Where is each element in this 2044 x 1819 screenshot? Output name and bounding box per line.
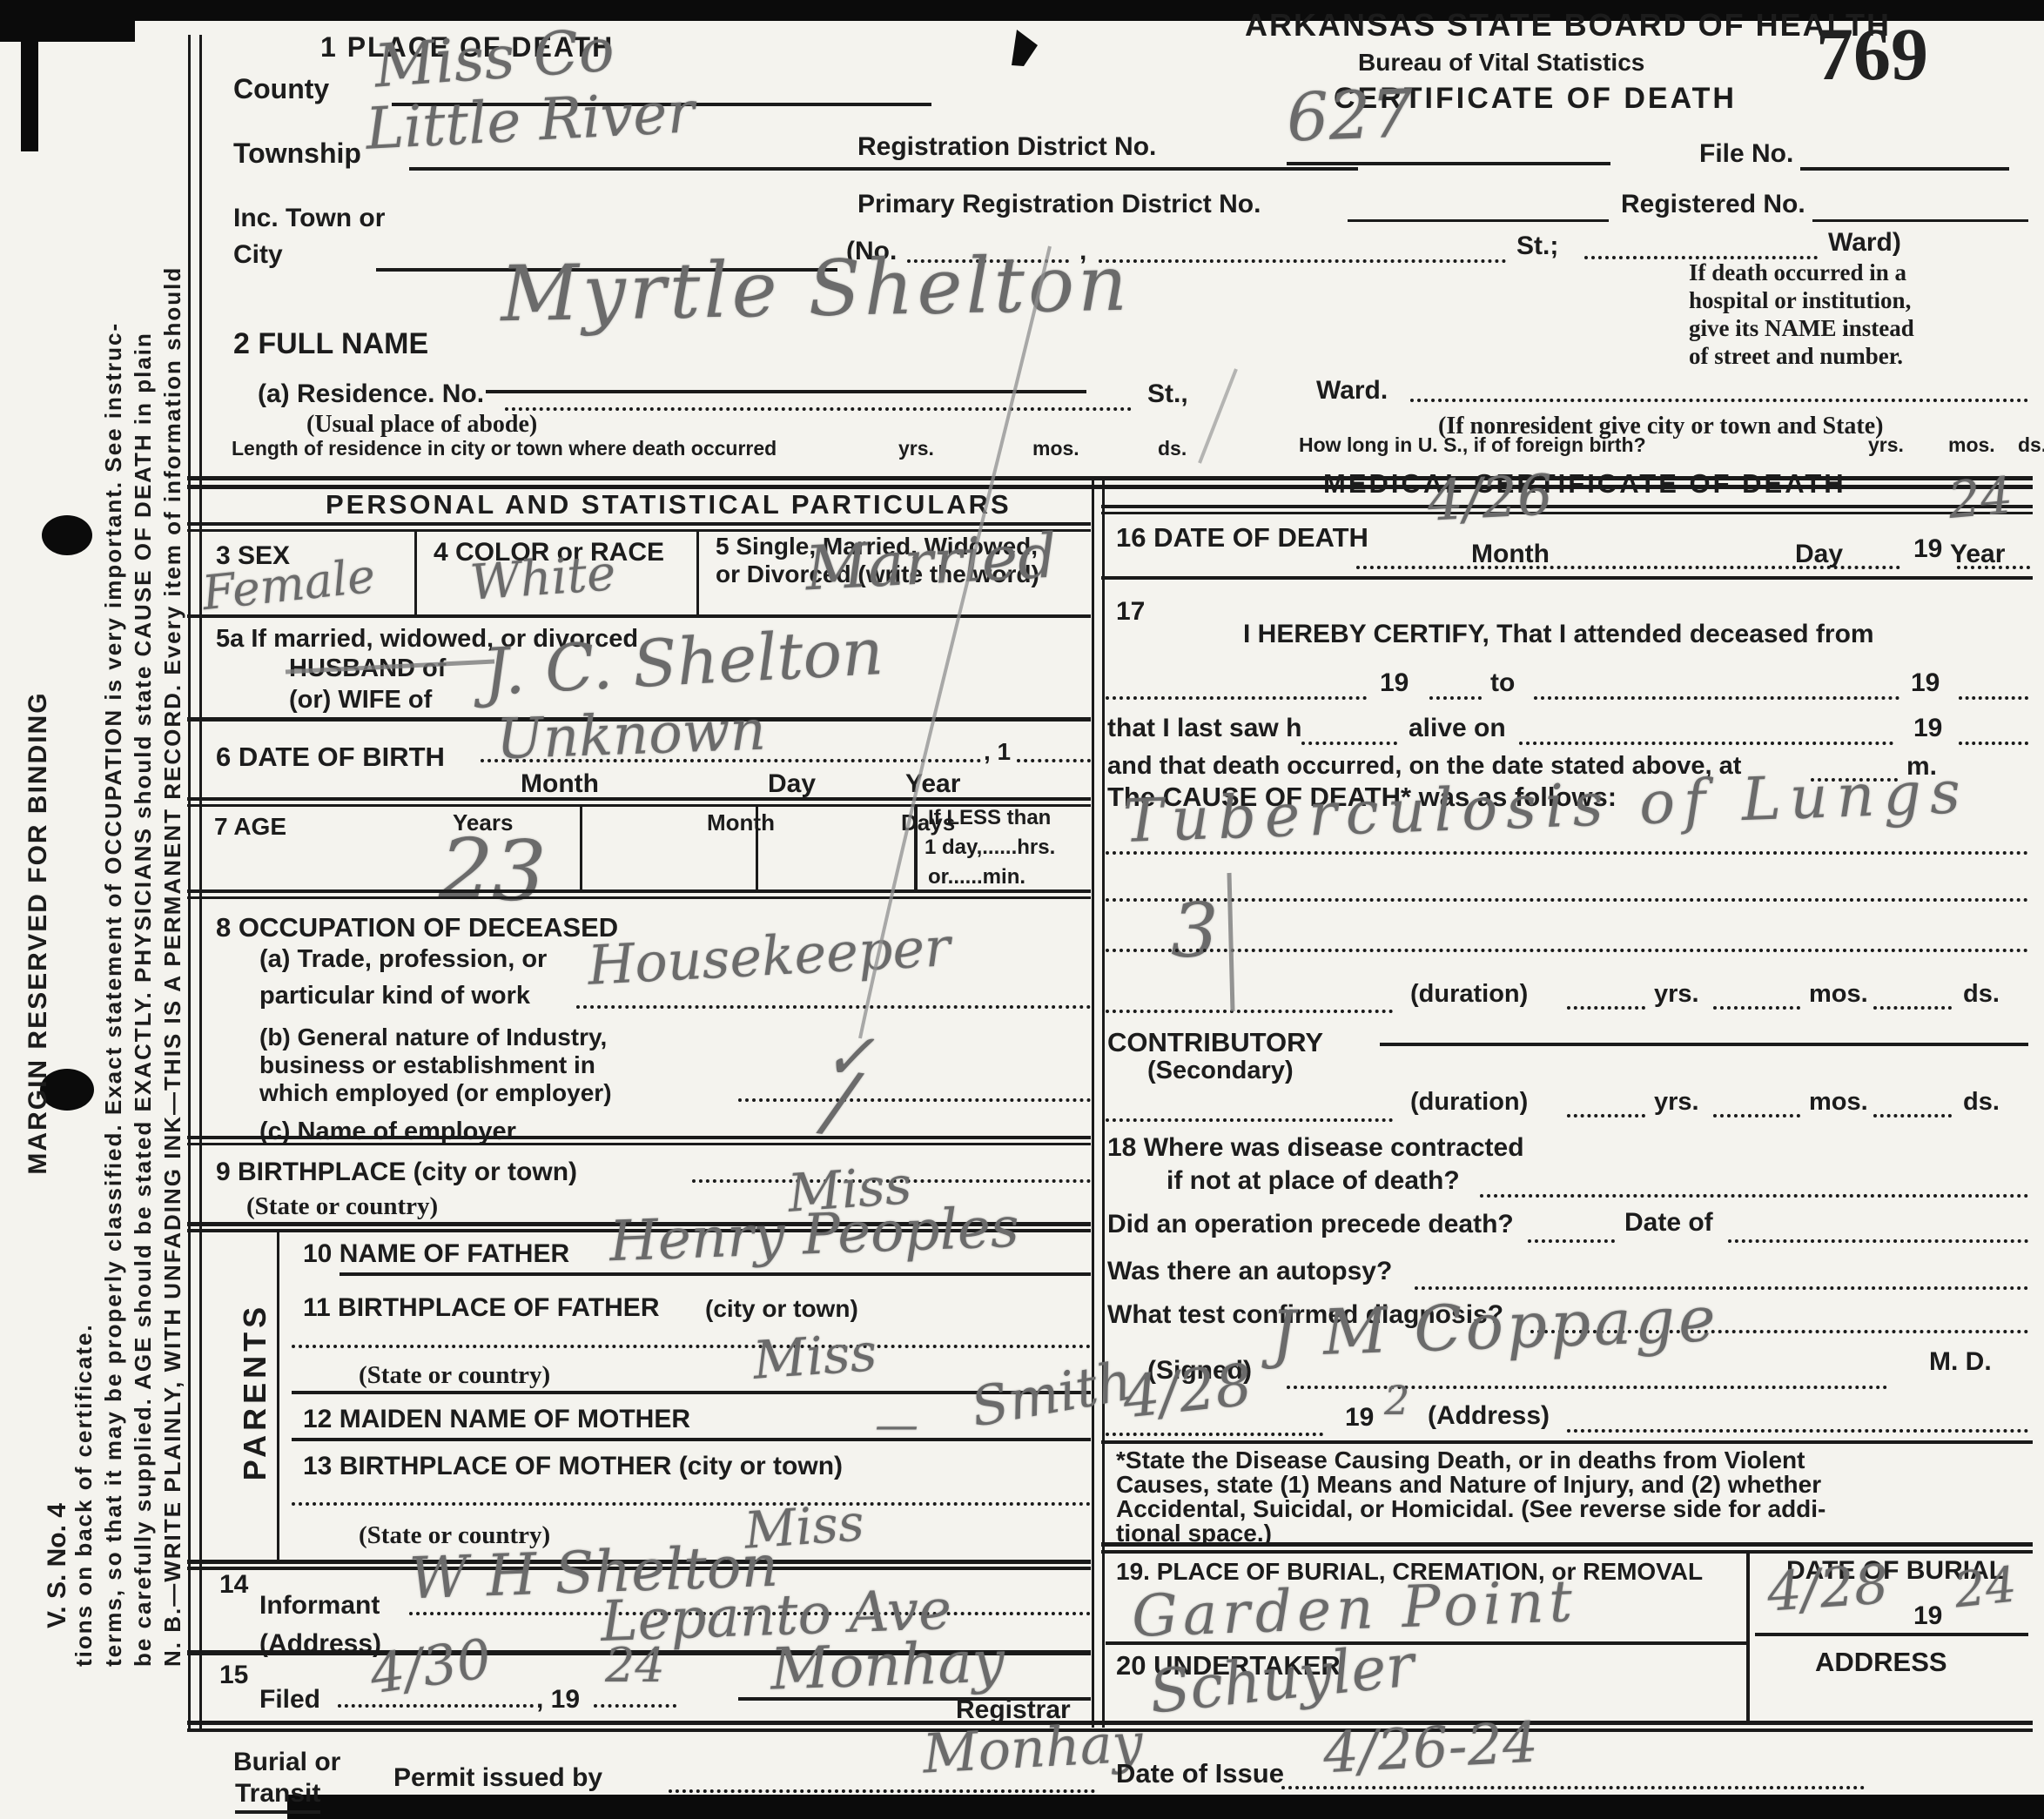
pencil-marks: [0, 0, 2044, 1819]
ink-blot: [1012, 30, 1038, 66]
death-certificate-scan: tions on back of certificate. terms, so …: [0, 0, 2044, 1819]
